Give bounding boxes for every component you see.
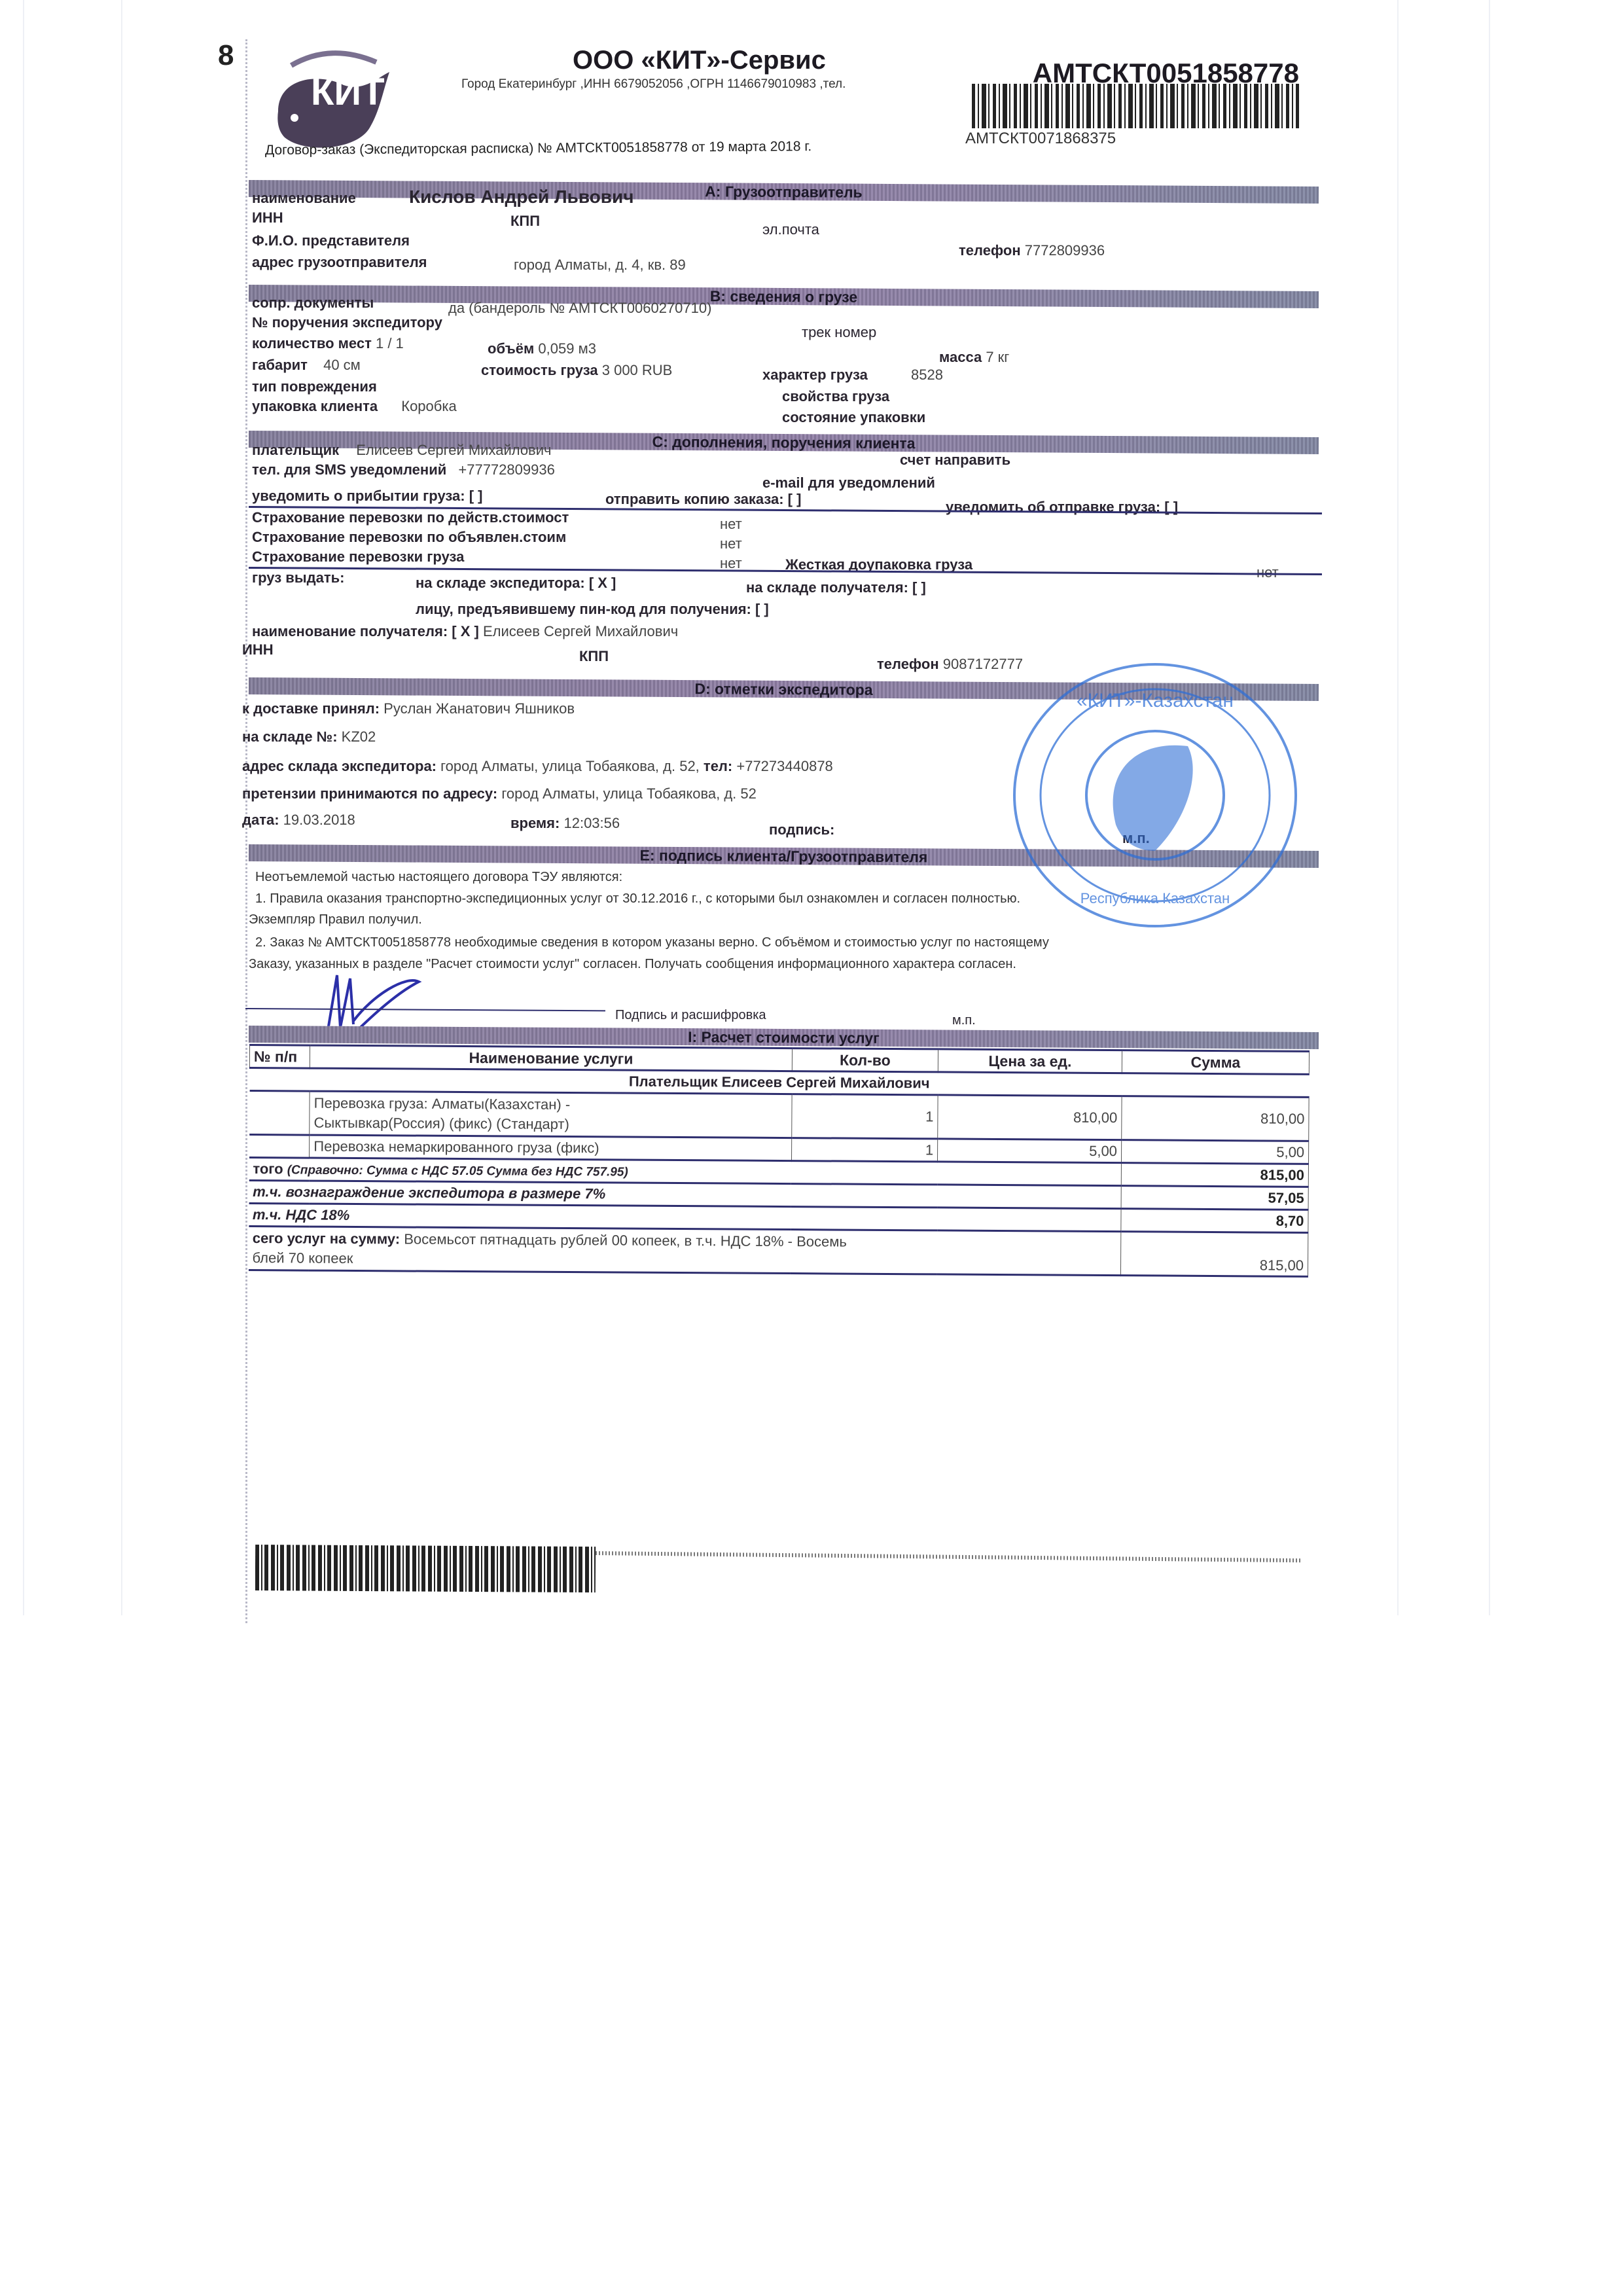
terms-item-2: 2. Заказ № АМТСКТ0051858778 необходимые … [255,933,1049,952]
sms-phone-value: +77772809936 [458,461,554,478]
warehouse-address-value: город Алматы, улица Тобаякова, д. 52, [440,758,700,774]
sms-phone-label: тел. для SMS уведомлений [252,461,446,478]
size-value: 40 см [323,357,361,373]
col-number: № п/п [249,1045,310,1069]
service-cost-table: № п/п Наименование услуги Кол-во Цена за… [248,1044,1310,1280]
client-pack-label: упаковка клиента [252,398,378,414]
total-value: 815,00 [1121,1163,1308,1187]
mass-label: масса [939,349,982,365]
total-label: того [253,1160,283,1177]
service-name: Перевозка немаркированного груза (фикс) [310,1135,792,1160]
barcode-top [972,84,1299,128]
company-stamp-icon: «КИТ»-Казахстан Республика Казахстан [1005,655,1306,936]
notify-email-label: e-mail для уведомлений [762,475,935,492]
issue-cargo-label: груз выдать: [252,569,344,586]
scan-edge-left [23,0,24,1615]
receipt-document: 8 КИТ ООО «КИТ»-Сервис Город Екатеринбур… [239,26,1312,1617]
warehouse-value: KZ02 [342,728,376,745]
scan-edge-right-outer [1489,0,1490,1615]
volume-value: 0,059 м3 [538,340,596,357]
warehouse-phone-value: +77273440878 [736,758,832,774]
sum: 5,00 [1121,1140,1308,1164]
terms-item-1-cont: Экземпляр Правил получил. [249,910,422,929]
accepted-by-value: Руслан Жанатович Яшников [383,700,575,717]
barcode-caption: АМТСКТ0071868375 [965,130,1116,148]
signature-caption: Подпись и расшифровка [615,1008,766,1023]
claims-address-value: город Алматы, улица Тобаякова, д. 52 [501,785,757,802]
words-value: 815,00 [1120,1232,1308,1277]
date-value: 19.03.2018 [283,812,355,828]
forwarder-signature-label: подпись: [769,821,834,838]
barcode-tail [596,1551,1302,1562]
scan-edge-right [1397,0,1399,1615]
total-note: (Справочно: Сумма с НДС 57.05 Сумма без … [287,1163,628,1179]
col-sum: Сумма [1122,1050,1309,1075]
pack-state-label: состояние упаковки [782,409,925,426]
places-value: 1 / 1 [376,335,404,351]
service-name-cont: Сыктывкар(Россия) (фикс) (Стандарт) [313,1113,787,1136]
document-title: Договор-заказ (Экспедиторская расписка) … [265,139,811,158]
send-copy-checkbox[interactable]: отправить копию заказа: [ ] [605,491,801,508]
cargo-nature-label: характер груза [762,367,868,383]
shipper-name-value: Кислов Андрей Львович [409,187,633,207]
receiver-kpp-label: КПП [579,648,609,665]
terms-intro: Неотъемлемой частью настоящего договора … [255,867,622,887]
scan-edge-left-inner [121,0,122,1615]
svg-text:КИТ: КИТ [311,71,385,113]
shipper-inn-label: ИНН [252,209,283,226]
company-name: ООО «КИТ»-Сервис [573,46,826,75]
places-label: количество мест [252,335,372,351]
issue-at-receiver-checkbox[interactable]: на складе получателя: [ ] [746,579,926,596]
shipper-name-label: наименование [252,190,356,207]
shipper-kpp-label: КПП [510,213,540,230]
unit-price: 810,00 [938,1095,1122,1140]
warehouse-label: на складе №: [242,728,338,745]
client-seal-label: м.п. [952,1013,976,1028]
docs-value: да (бандероль № АМТСКТ0060270710) [448,300,711,317]
kit-whale-logo-icon: КИТ [265,39,402,157]
insurance-declared-value: нет [720,535,742,552]
company-details: Город Екатеринбург ,ИНН 6679052056 ,ОГРН… [461,77,846,92]
forwarder-order-label: № поручения экспедитору [252,314,442,331]
size-label: габарит [252,357,308,373]
unit-price: 5,00 [938,1139,1122,1163]
shipper-rep-label: Ф.И.О. представителя [252,232,410,249]
vat-value: 8,70 [1121,1209,1308,1233]
payer-value: Елисеев Сергей Михайлович [356,442,551,458]
mass-value: 7 кг [986,349,1009,365]
claims-address-label: претензии принимаются по адресу: [242,785,497,802]
time-value: 12:03:56 [563,815,620,831]
shipper-address-label: адрес грузоотправителя [252,254,427,271]
section-b-header: B: сведения о грузе [249,285,1319,308]
receiver-name-value: Елисеев Сергей Михайлович [483,623,678,639]
perforation-line [245,39,247,1623]
issue-by-pin-checkbox[interactable]: лицу, предъявившему пин-код для получени… [416,601,769,618]
insurance-declared-label: Страхование перевозки по объявлен.стоим [252,529,566,546]
accepted-by-label: к доставке принял: [242,700,380,717]
qty: 1 [792,1094,938,1139]
shipper-address-value: город Алматы, д. 4, кв. 89 [514,257,686,274]
invoice-to-label: счет направить [900,452,1010,469]
words-label: сего услуг на сумму: [253,1230,401,1247]
receiver-phone-label: телефон [877,656,939,672]
shipper-phone-value: 7772809936 [1025,242,1105,259]
service-name: Перевозка груза: Алматы(Казахстан) - [314,1094,788,1116]
cargo-props-label: свойства груза [782,388,889,405]
time-label: время: [510,815,560,831]
receiver-inn-label: ИНН [242,641,274,658]
col-qty: Кол-во [792,1049,938,1072]
qty: 1 [791,1138,937,1162]
damage-type-label: тип повреждения [252,378,377,395]
amount-in-words-row: сего услуг на сумму: Восемьсот пятнадцат… [248,1227,1308,1277]
insurance-actual-value: нет [720,516,742,533]
date-label: дата: [242,812,279,828]
receiver-name-label: наименование получателя: [ X ] [252,623,479,639]
barcode-bottom [255,1545,596,1592]
payer-label: плательщик [252,442,339,458]
table-row: Перевозка груза: Алматы(Казахстан) -Сыкт… [249,1091,1309,1141]
svg-text:Республика Казахстан: Республика Казахстан [1080,890,1230,906]
corner-mark: 8 [218,39,234,72]
insurance-cargo-label: Страхование перевозки груза [252,548,464,565]
terms-item-1: 1. Правила оказания транспортно-экспедиц… [255,889,1020,908]
cargo-cost-value: 3 000 RUB [602,362,673,378]
words-line-1: Восемьсот пятнадцать рублей 00 копеек, в… [404,1230,847,1249]
shipper-phone-label: телефон [959,242,1021,259]
volume-label: объём [488,340,534,357]
shipper-email-label: эл.почта [762,221,819,238]
svg-text:«КИТ»-Казахстан: «КИТ»-Казахстан [1077,690,1234,711]
warehouse-address-label: адрес склада экспедитора: [242,758,437,774]
issue-at-forwarder-checkbox[interactable]: на складе экспедитора: [ X ] [416,575,616,592]
docs-label: сопр. документы [252,295,374,312]
fee-value: 57,05 [1121,1186,1308,1210]
warehouse-phone-label: тел: [704,758,732,774]
cargo-cost-label: стоимость груза [481,362,598,378]
sum: 810,00 [1122,1096,1310,1141]
insurance-actual-label: Страхование перевозки по действ.стоимост [252,509,569,526]
notify-arrival-checkbox[interactable]: уведомить о прибытии груза: [ ] [252,488,482,505]
client-pack-value: Коробка [401,398,456,414]
track-number-label: трек номер [802,324,876,341]
col-unit-price: Цена за ед. [938,1049,1122,1073]
col-service-name: Наименование услуги [310,1045,793,1071]
cargo-nature-value: 8528 [911,367,943,383]
